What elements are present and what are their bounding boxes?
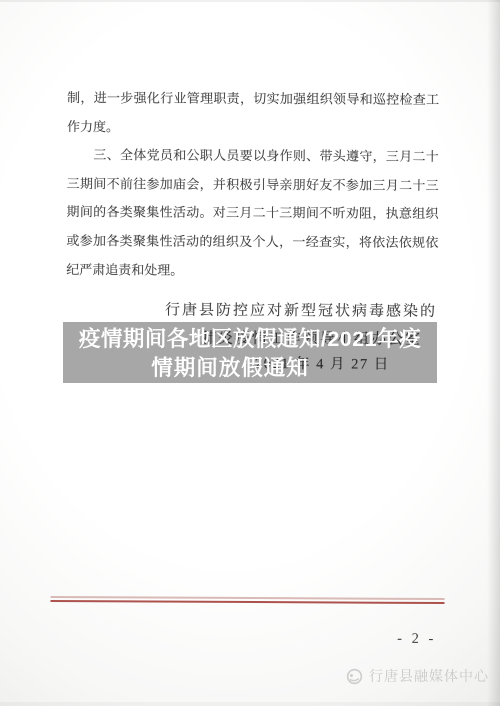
body-line: 期间的各类聚集性活动。对三月二十三期间不听劝阻，执意组织	[66, 198, 438, 229]
headline-line1: 疫情期间各地区放假通知/2021年疫	[63, 325, 437, 354]
body-line: 制，进一步强化行业管理职责，切实加强组织领导和巡控检查工	[67, 84, 439, 115]
page-number: - 2 -	[397, 631, 436, 648]
document-body: 制，进一步强化行业管理职责，切实加强组织领导和巡控检查工 作力度。 三、全体党员…	[66, 84, 439, 286]
body-line: 三、全体党员和公职人员要以身作则、带头遵守，三月二十	[67, 141, 439, 172]
footer-red-rule	[51, 596, 445, 604]
body-line: 或参加各类聚集性活动的组织及个人，一经查实，将依法依规依	[66, 227, 438, 258]
body-line: 作力度。	[67, 113, 439, 144]
signature-org-line1: 行唐县防控应对新型冠状病毒感染的	[165, 299, 437, 321]
scanned-notice-screenshot: 制，进一步强化行业管理职责，切实加强组织领导和巡控检查工 作力度。 三、全体党员…	[0, 0, 500, 706]
scan-edge-shadow	[487, 0, 500, 706]
watermark: 行唐县融媒体中心	[345, 666, 489, 686]
watermark-text: 行唐县融媒体中心	[369, 666, 489, 686]
headline-line2: 情期间放假通知	[63, 354, 437, 382]
scan-edge-top	[0, 0, 500, 2]
red-rule-thick	[51, 599, 445, 604]
body-line: 三期间不前往参加庙会，并积极引导亲朋好友不参加三月二十三	[67, 170, 439, 201]
media-center-logo-icon	[345, 667, 364, 686]
scan-edge-bottom	[0, 702, 500, 706]
headline-overlay-band: 疫情期间各地区放假通知/2021年疫 情期间放假通知	[63, 322, 437, 383]
body-line: 纪严肃追责和处理。	[66, 256, 438, 287]
